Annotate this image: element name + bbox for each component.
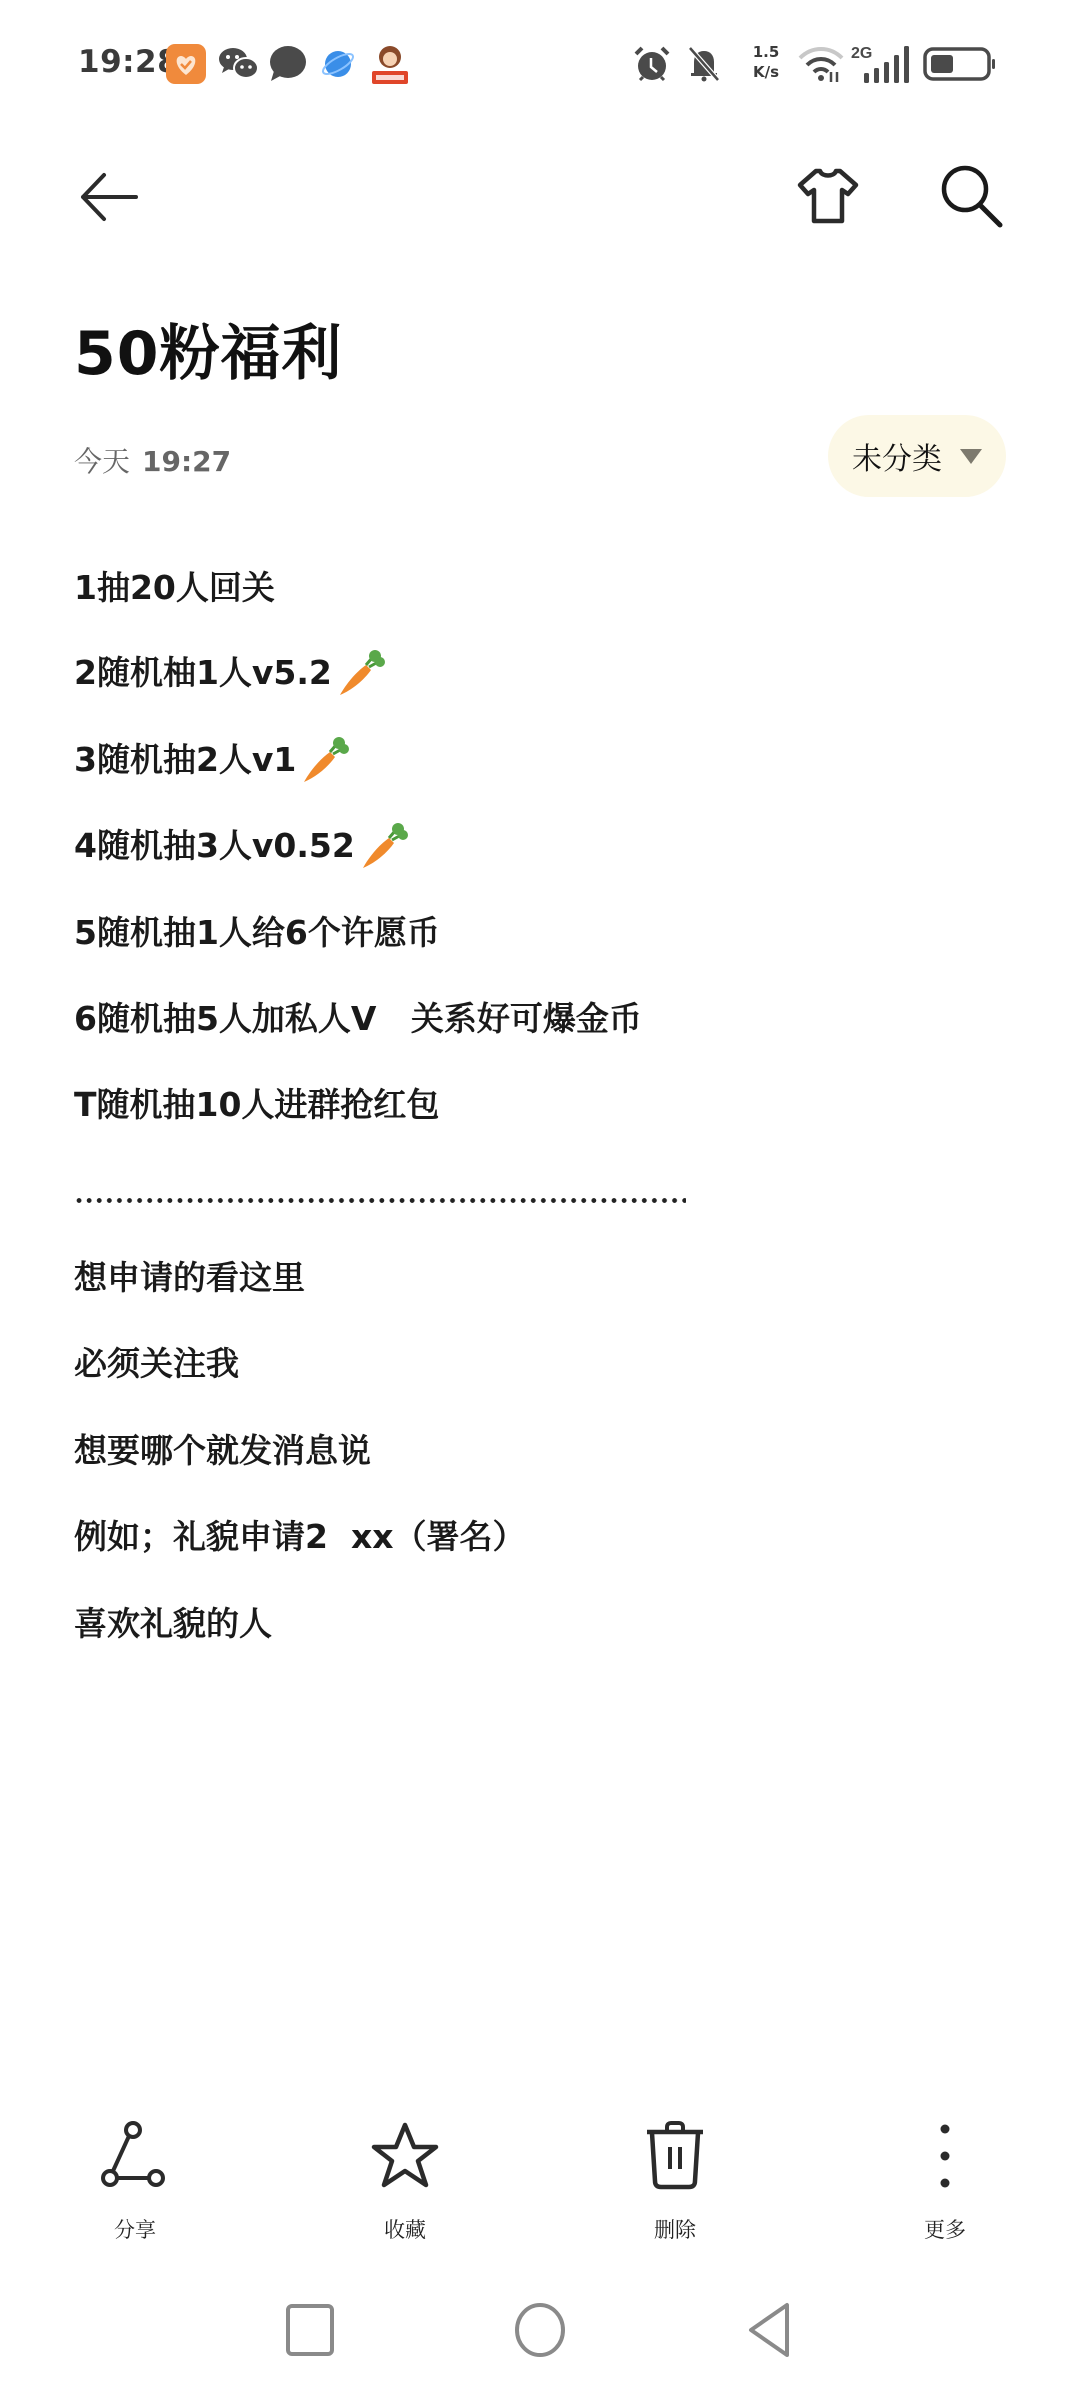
back-triangle-icon — [745, 2301, 795, 2359]
back-button[interactable] — [60, 149, 156, 245]
share-button[interactable]: 分享 — [55, 2120, 215, 2260]
home-button[interactable] — [500, 2290, 580, 2370]
net-speed-unit: K/s — [744, 62, 788, 82]
note-line[interactable]: 想申请的看这里 — [74, 1256, 305, 1300]
signal-icon: 2G — [850, 44, 912, 84]
delete-button[interactable]: 删除 — [595, 2120, 755, 2260]
note-line[interactable]: 4随机抽3人v0.52 — [74, 824, 409, 868]
line-text: T随机抽10人进群抢红包 — [74, 1083, 439, 1127]
share-label: 分享 — [114, 2214, 156, 2244]
search-button[interactable] — [924, 149, 1020, 245]
more-label: 更多 — [924, 2214, 966, 2244]
status-time: 19:28 — [78, 44, 179, 80]
category-label: 未分类 — [852, 434, 942, 478]
note-line[interactable]: 1抽20人回关 — [74, 566, 275, 610]
wechat-icon — [218, 44, 260, 84]
dotted-divider — [74, 1198, 686, 1203]
caret-down-icon — [960, 449, 982, 464]
tshirt-icon — [794, 167, 862, 227]
line-text: 6随机抽5人加私人V 关系好可爆金币 — [74, 997, 642, 1041]
line-text: 必须关注我 — [74, 1342, 239, 1386]
note-line[interactable]: 6随机抽5人加私人V 关系好可爆金币 — [74, 997, 642, 1041]
line-text: 3随机抽2人v1 — [74, 738, 296, 782]
line-text: 想要哪个就发消息说 — [74, 1429, 371, 1473]
carrot-emoji-icon — [300, 735, 350, 785]
line-text: 喜欢礼貌的人 — [74, 1602, 272, 1646]
line-text: 想申请的看这里 — [74, 1256, 305, 1300]
browser-planet-icon — [320, 44, 356, 84]
search-icon — [938, 163, 1006, 231]
battery-icon — [922, 44, 998, 84]
health-app-icon — [166, 44, 206, 84]
wifi-icon — [796, 44, 846, 84]
trash-icon — [640, 2121, 710, 2191]
note-line[interactable]: 5随机抽1人给6个许愿币 — [74, 911, 440, 955]
date-label: 今天 — [74, 445, 130, 478]
message-icon — [268, 44, 308, 84]
note-line[interactable]: 3随机抽2人v1 — [74, 738, 350, 782]
line-text: 4随机抽3人v0.52 — [74, 824, 355, 868]
delete-label: 删除 — [654, 2214, 696, 2244]
recents-button[interactable] — [270, 2290, 350, 2370]
note-line[interactable]: 2随机柚1人v5.2 — [74, 651, 386, 695]
line-text: 2随机柚1人v5.2 — [74, 651, 332, 695]
more-vertical-icon — [935, 2121, 955, 2191]
note-timestamp: 今天19:27 — [74, 440, 231, 480]
note-line[interactable]: 必须关注我 — [74, 1342, 239, 1386]
star-icon — [370, 2121, 440, 2191]
network-speed: 1.5 K/s — [744, 42, 788, 82]
favorite-label: 收藏 — [384, 2214, 426, 2244]
line-text: 例如；礼貌申请2 xx（署名） — [74, 1515, 526, 1559]
back-nav-button[interactable] — [730, 2290, 810, 2370]
monkey-app-icon — [368, 44, 412, 84]
note-line[interactable]: 想要哪个就发消息说 — [74, 1429, 371, 1473]
mute-bell-icon — [684, 44, 724, 84]
net-speed-value: 1.5 — [744, 42, 788, 62]
carrot-emoji-icon — [336, 648, 386, 698]
recents-square-icon — [285, 2303, 335, 2357]
favorite-button[interactable]: 收藏 — [325, 2120, 485, 2260]
arrow-left-icon — [78, 167, 138, 227]
svg-text:2G: 2G — [851, 45, 872, 62]
category-dropdown[interactable]: 未分类 — [828, 415, 1006, 497]
note-title[interactable]: 50粉福利 — [74, 306, 343, 392]
time-label: 19:27 — [142, 445, 231, 478]
home-circle-icon — [512, 2302, 568, 2358]
carrot-emoji-icon — [359, 821, 409, 871]
more-button[interactable]: 更多 — [865, 2120, 1025, 2260]
line-text: 5随机抽1人给6个许愿币 — [74, 911, 440, 955]
note-line[interactable]: 例如；礼貌申请2 xx（署名） — [74, 1515, 526, 1559]
alarm-icon — [632, 44, 672, 84]
theme-button[interactable] — [780, 149, 876, 245]
note-line[interactable]: T随机抽10人进群抢红包 — [74, 1083, 439, 1127]
share-icon — [100, 2121, 170, 2191]
line-text: 1抽20人回关 — [74, 566, 275, 610]
note-line[interactable]: 喜欢礼貌的人 — [74, 1602, 272, 1646]
